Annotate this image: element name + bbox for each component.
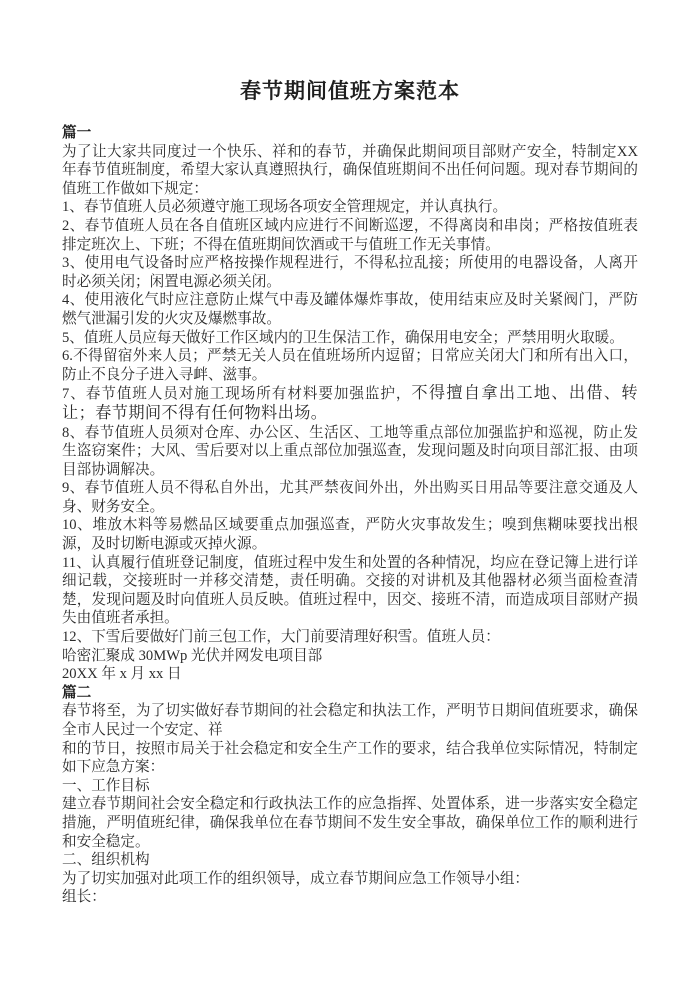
section-1-intro: 为了让大家共同度过一个快乐、祥和的春节，并确保此期间项目部财产安全，特制定XX …	[62, 143, 638, 199]
duty-rule-item-8: 8、春节值班人员须对仓库、办公区、生活区、工地等重点部位加强监护和巡视，防止发生…	[62, 424, 638, 480]
document-body: 篇一 为了让大家共同度过一个快乐、祥和的春节，并确保此期间项目部财产安全，特制定…	[62, 124, 638, 907]
duty-rule-item-11: 11、认真履行值班登记制度，值班过程中发生和处置的各种情况，均应在登记簿上进行详…	[62, 554, 638, 628]
duty-rule-item-2: 2、春节值班人员在各自值班区域内应进行不间断巡逻，不得离岗和串岗；严格按值班表排…	[62, 217, 638, 254]
organization-heading: 二、组织机构	[62, 851, 638, 870]
section-1-heading: 篇一	[62, 124, 638, 143]
duty-rule-item-7: 7、春节值班人员对施工现场所有材料要加强监护，不得擅自拿出工地、出借、转让；春节…	[62, 384, 638, 423]
duty-rule-item-7-normal-text: 7、春节值班人员对施工现场所有材料要加强监护，	[62, 386, 411, 402]
document-page: 春节期间值班方案范本 篇一 为了让大家共同度过一个快乐、祥和的春节，并确保此期间…	[0, 0, 700, 990]
group-leader-label: 组长：	[62, 888, 638, 907]
duty-rule-item-5: 5、值班人员应每天做好工作区域内的卫生保洁工作，确保用电安全；严禁用明火取暖。	[62, 329, 638, 348]
duty-rule-item-3: 3、使用电气设备时应严格按操作规程进行，不得私拉乱接；所使用的电器设备，人离开时…	[62, 254, 638, 291]
section-2-intro: 春节将至，为了切实做好春节期间的社会稳定和执法工作，严明节日期间值班要求，确保全…	[62, 702, 638, 776]
signature-date: 20XX 年 x 月 xx 日	[62, 665, 638, 684]
organization-text: 为了切实加强对此项工作的组织领导，成立春节期间应急工作领导小组：	[62, 870, 638, 889]
document-title: 春节期间值班方案范本	[62, 78, 638, 104]
duty-rule-item-6: 6.不得留宿外来人员；严禁无关人员在值班场所内逗留；日常应关闭大门和所有出入口，…	[62, 347, 638, 384]
duty-rule-item-4: 4、使用液化气时应注意防止煤气中毒及罐体爆炸事故，使用结束应及时关紧阀门，严防燃…	[62, 291, 638, 328]
work-goal-heading: 一、工作目标	[62, 777, 638, 796]
work-goal-text: 建立春节期间社会安全稳定和行政执法工作的应急指挥、处置体系，进一步落实安全稳定措…	[62, 795, 638, 851]
duty-rule-item-12: 12、下雪后要做好门前三包工作，大门前要清理好积雪。值班人员：	[62, 628, 638, 647]
duty-rule-item-9: 9、春节值班人员不得私自外出，尤其严禁夜间外出，外出购买日用品等要注意交通及人身…	[62, 479, 638, 516]
duty-rule-item-10: 10、堆放木料等易燃品区域要重点加强巡查，严防火灾事故发生；嗅到焦糊味要找出根源…	[62, 516, 638, 553]
signature-organization: 哈密汇聚成 30MWp 光伏并网发电项目部	[62, 647, 638, 666]
duty-rule-item-1: 1、春节值班人员必须遵守施工现场各项安全管理规定，并认真执行。	[62, 198, 638, 217]
section-2-heading: 篇二	[62, 684, 638, 703]
